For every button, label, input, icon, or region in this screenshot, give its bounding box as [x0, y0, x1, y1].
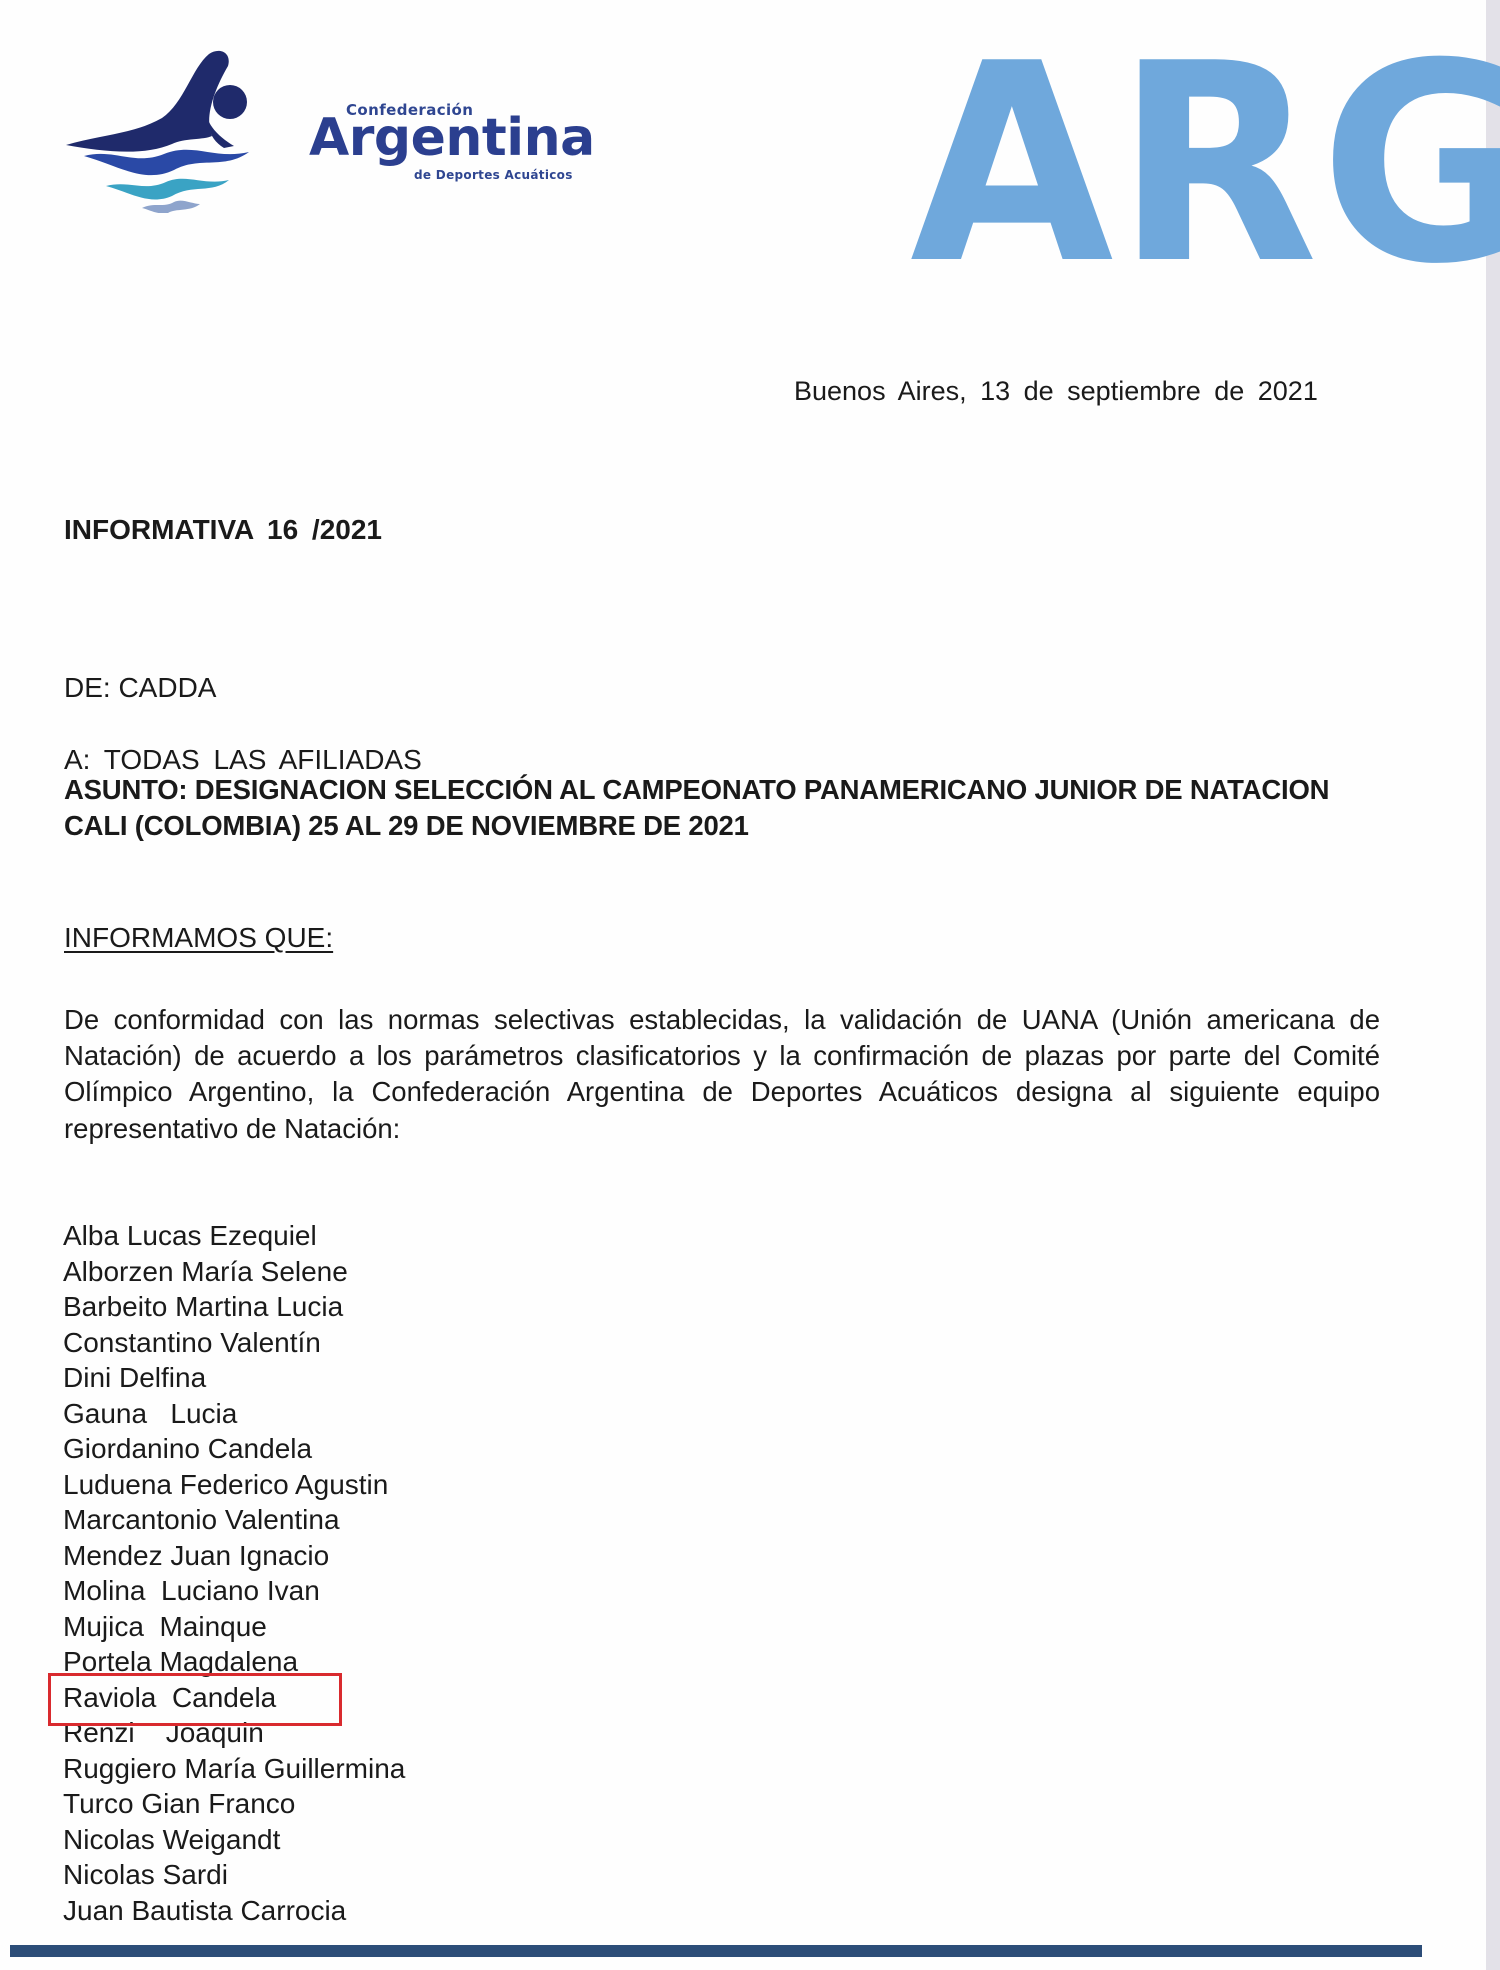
list-item: Juan Bautista Carrocia — [63, 1893, 405, 1929]
list-item: Barbeito Martina Lucia — [63, 1289, 405, 1325]
document-page: Confederación Argentina de Deportes Acuá… — [0, 0, 1486, 1970]
list-item: Nicolas Weigandt — [63, 1822, 405, 1858]
list-item: Dini Delfina — [63, 1360, 405, 1396]
highlight-box — [48, 1673, 342, 1726]
list-item: Nicolas Sardi — [63, 1857, 405, 1893]
team-list: Alba Lucas EzequielAlborzen María Selene… — [63, 1218, 405, 1928]
list-item: Constantino Valentín — [63, 1325, 405, 1361]
document-reference: INFORMATIVA 16 /2021 — [64, 514, 382, 546]
list-item: Luduena Federico Agustin — [63, 1467, 405, 1503]
swimmer-waves-icon — [64, 48, 259, 213]
country-code-logo: ARG — [910, 28, 1500, 302]
sender-line: DE: CADDA — [64, 672, 216, 704]
list-item: Ruggiero María Guillermina — [63, 1751, 405, 1787]
section-heading: INFORMAMOS QUE: — [64, 922, 333, 954]
list-item: Gauna Lucia — [63, 1396, 405, 1432]
date-line: Buenos Aires, 13 de septiembre de 2021 — [794, 376, 1318, 407]
org-name-line3: de Deportes Acuáticos — [414, 168, 573, 182]
list-item: Giordanino Candela — [63, 1431, 405, 1467]
list-item: Turco Gian Franco — [63, 1786, 405, 1822]
list-item: Mendez Juan Ignacio — [63, 1538, 405, 1574]
footer-bar — [10, 1945, 1422, 1957]
list-item: Marcantonio Valentina — [63, 1502, 405, 1538]
body-paragraph: De conformidad con las normas selectivas… — [64, 1002, 1380, 1147]
list-item: Mujica Mainque — [63, 1609, 405, 1645]
list-item: Molina Luciano Ivan — [63, 1573, 405, 1609]
subject-line: ASUNTO: DESIGNACION SELECCIÓN AL CAMPEON… — [64, 772, 1384, 844]
org-name-main: Argentina — [309, 108, 595, 168]
list-item: Alba Lucas Ezequiel — [63, 1218, 405, 1254]
list-item: Alborzen María Selene — [63, 1254, 405, 1290]
